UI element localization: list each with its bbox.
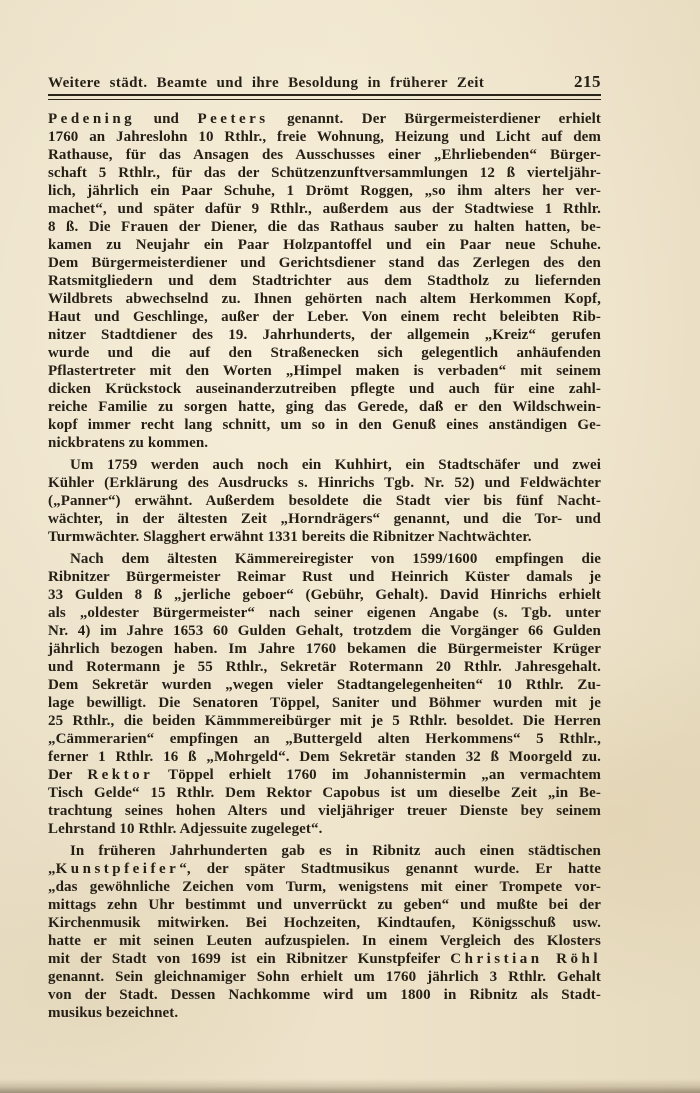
text-line: ferner 1 Rthlr. 16 ß „Mohrgeld“. Dem Sek… xyxy=(48,748,601,766)
letterspaced-name: Kunstpfeifer xyxy=(56,861,180,877)
text-line: Nr. 4) im Jahre 1653 60 Gulden Gehalt, t… xyxy=(48,622,601,640)
text-line: mittags zehn Uhr bestimmt und unverrückt… xyxy=(48,896,601,914)
page-content: Weitere städt. Beamte und ihre Besoldung… xyxy=(48,0,601,1026)
text-line: Dem Sekretär wurden „wegen vieler Stadta… xyxy=(48,676,601,694)
text-line: Der Rektor Töppel erhielt 1760 im Johann… xyxy=(48,766,601,784)
body-text: Pedening und Peeters genannt. Der Bürger… xyxy=(48,110,601,1022)
letterspaced-name: Pedening xyxy=(48,111,135,127)
text-line: 25 Rthlr., die beiden Kämmmereibürger mi… xyxy=(48,712,601,730)
text-line: Wildbrets abwechselnd zu. Ihnen gehörten… xyxy=(48,290,601,308)
running-header: Weitere städt. Beamte und ihre Besoldung… xyxy=(48,72,601,92)
paragraph: Pedening und Peeters genannt. Der Bürger… xyxy=(48,110,601,452)
text-line: 8 ß. Die Frauen der Diener, die das Rath… xyxy=(48,218,601,236)
text-line: kopf immer recht lang schnitt, um so in … xyxy=(48,416,601,434)
header-double-rule xyxy=(48,94,601,100)
text-line: Kühler (Erklärung des Ausdrucks s. Hinri… xyxy=(48,474,601,492)
text-line: In früheren Jahrhunderten gab es in Ribn… xyxy=(48,842,601,860)
letterspaced-name: Peeters xyxy=(197,111,268,127)
text-line: musikus bezeichnet. xyxy=(48,1004,601,1022)
letterspaced-name: Rektor xyxy=(87,767,153,783)
letterspaced-name: Christian Röhl xyxy=(450,951,601,967)
text-line: „Cämmerarien“ empfingen an „Buttergeld a… xyxy=(48,730,601,748)
text-line: Haut und Geschlinge, außer der Leber. Vo… xyxy=(48,308,601,326)
text-line: jährlich bezogen haben. Im Jahre 1760 be… xyxy=(48,640,601,658)
text-line: von der Stadt. Dessen Nachkomme wird um … xyxy=(48,986,601,1004)
text-line: Kirchenmusik mitwirken. Bei Hochzeiten, … xyxy=(48,914,601,932)
text-line: kamen zu Neujahr ein Paar Holzpantoffel … xyxy=(48,236,601,254)
text-line: wächter, in der ältesten Zeit „Horndräge… xyxy=(48,510,601,528)
text-line: („Panner“) erwähnt. Außerdem besoldete d… xyxy=(48,492,601,510)
running-header-title: Weitere städt. Beamte und ihre Besoldung… xyxy=(48,75,484,92)
paragraph: Nach dem ältesten Kämmereiregister von 1… xyxy=(48,550,601,838)
text-line: Ribnitzer Bürgermeister Reimar Rust und … xyxy=(48,568,601,586)
text-line: Ratsmitgliedern und dem Stadtrichter aus… xyxy=(48,272,601,290)
text-line: als „oldester Bürgermeister“ nach seiner… xyxy=(48,604,601,622)
text-line: und Rotermann je 55 Rthlr., Sekretär Rot… xyxy=(48,658,601,676)
text-line: schaft 5 Rthlr., für das der Schützenzun… xyxy=(48,164,601,182)
text-line: „das gewöhnliche Zeichen vom Turm, wenig… xyxy=(48,878,601,896)
text-line: machet“, und später dafür 9 Rthlr., auße… xyxy=(48,200,601,218)
text-line: Nach dem ältesten Kämmereiregister von 1… xyxy=(48,550,601,568)
text-line: lage bewilligt. Die Senatoren Töppel, Sa… xyxy=(48,694,601,712)
text-line: 33 Gulden 8 ß „jerliche geboer“ (Gebühr,… xyxy=(48,586,601,604)
paragraph: Um 1759 werden auch noch ein Kuhhirt, ei… xyxy=(48,456,601,546)
text-line: 1760 an Jahreslohn 10 Rthlr., freie Wohn… xyxy=(48,128,601,146)
text-line: lich, jährlich ein Paar Schuhe, 1 Drömt … xyxy=(48,182,601,200)
text-line: Um 1759 werden auch noch ein Kuhhirt, ei… xyxy=(48,456,601,474)
text-line: dicken Krückstock auseinanderzutreiben p… xyxy=(48,380,601,398)
text-line: hatte er mit seinen Leuten aufzuspielen.… xyxy=(48,932,601,950)
text-line: Turmwächter. Slagghert erwähnt 1331 bere… xyxy=(48,528,601,546)
text-line: Lehrstand 10 Rthlr. Adjessuite zugeleget… xyxy=(48,820,601,838)
text-line: mit der Stadt von 1699 ist ein Ribnitzer… xyxy=(48,950,601,968)
text-line: Pflastertreter mit den Worten „Himpel ma… xyxy=(48,362,601,380)
text-line: nitzer Stadtdiener des 19. Jahrhunderts,… xyxy=(48,326,601,344)
text-line: Pedening und Peeters genannt. Der Bürger… xyxy=(48,110,601,128)
text-line: reiche Familie zu sorgen hatte, ging das… xyxy=(48,398,601,416)
text-line: genannt. Sein gleichnamiger Sohn erhielt… xyxy=(48,968,601,986)
text-line: wurde und die auf den Straßenecken sich … xyxy=(48,344,601,362)
page-number: 215 xyxy=(574,72,601,92)
text-line: nickbratens zu kommen. xyxy=(48,434,601,452)
text-line: Rathause, für das Ansagen des Ausschusse… xyxy=(48,146,601,164)
text-line: trachtung seines hohen Alters und vieljä… xyxy=(48,802,601,820)
text-line: „Kunstpfeifer“, der später Stadtmusikus … xyxy=(48,860,601,878)
paragraph: In früheren Jahrhunderten gab es in Ribn… xyxy=(48,842,601,1022)
text-line: Tisch Gelde“ 15 Rthlr. Dem Rektor Capobu… xyxy=(48,784,601,802)
page-edge-shadow xyxy=(0,1079,700,1093)
text-line: Dem Bürgermeisterdiener und Gerichtsdien… xyxy=(48,254,601,272)
